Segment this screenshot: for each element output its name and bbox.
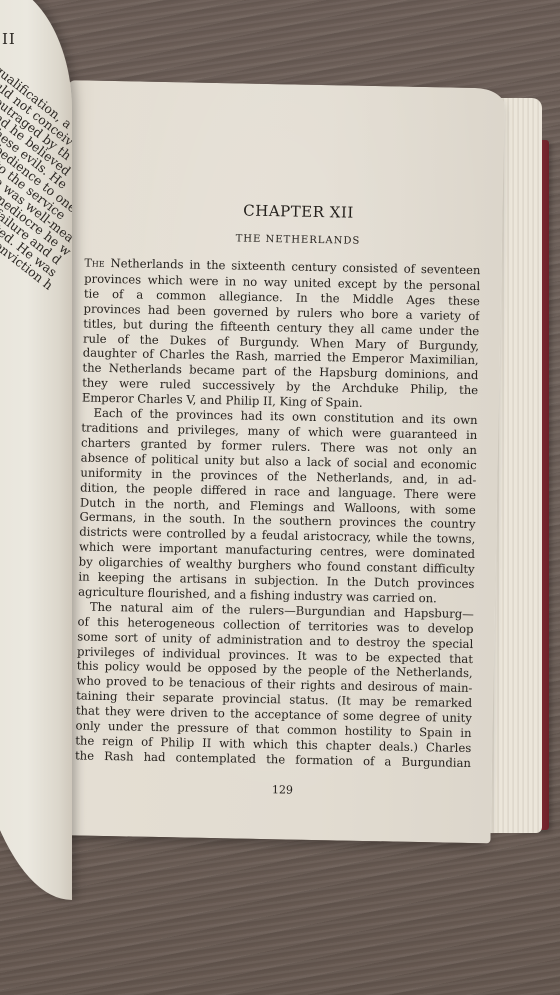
page-content: CHAPTER XII THE NETHERLANDS The Netherla…: [74, 199, 481, 800]
page-number: 129: [74, 779, 470, 800]
chapter-number: CHAPTER XII: [85, 199, 481, 225]
chapter-body-text: The Netherlands in the sixteenth century…: [75, 256, 481, 771]
left-page: II qualification, a uld not conceiv outr…: [0, 0, 72, 900]
open-book: CHAPTER XII THE NETHERLANDS The Netherla…: [60, 80, 550, 840]
chapter-title: THE NETHERLANDS: [85, 231, 481, 250]
left-page-header-fragment: II: [2, 30, 16, 48]
opening-small-caps: The: [84, 257, 104, 270]
right-page: CHAPTER XII THE NETHERLANDS The Netherla…: [46, 80, 505, 843]
